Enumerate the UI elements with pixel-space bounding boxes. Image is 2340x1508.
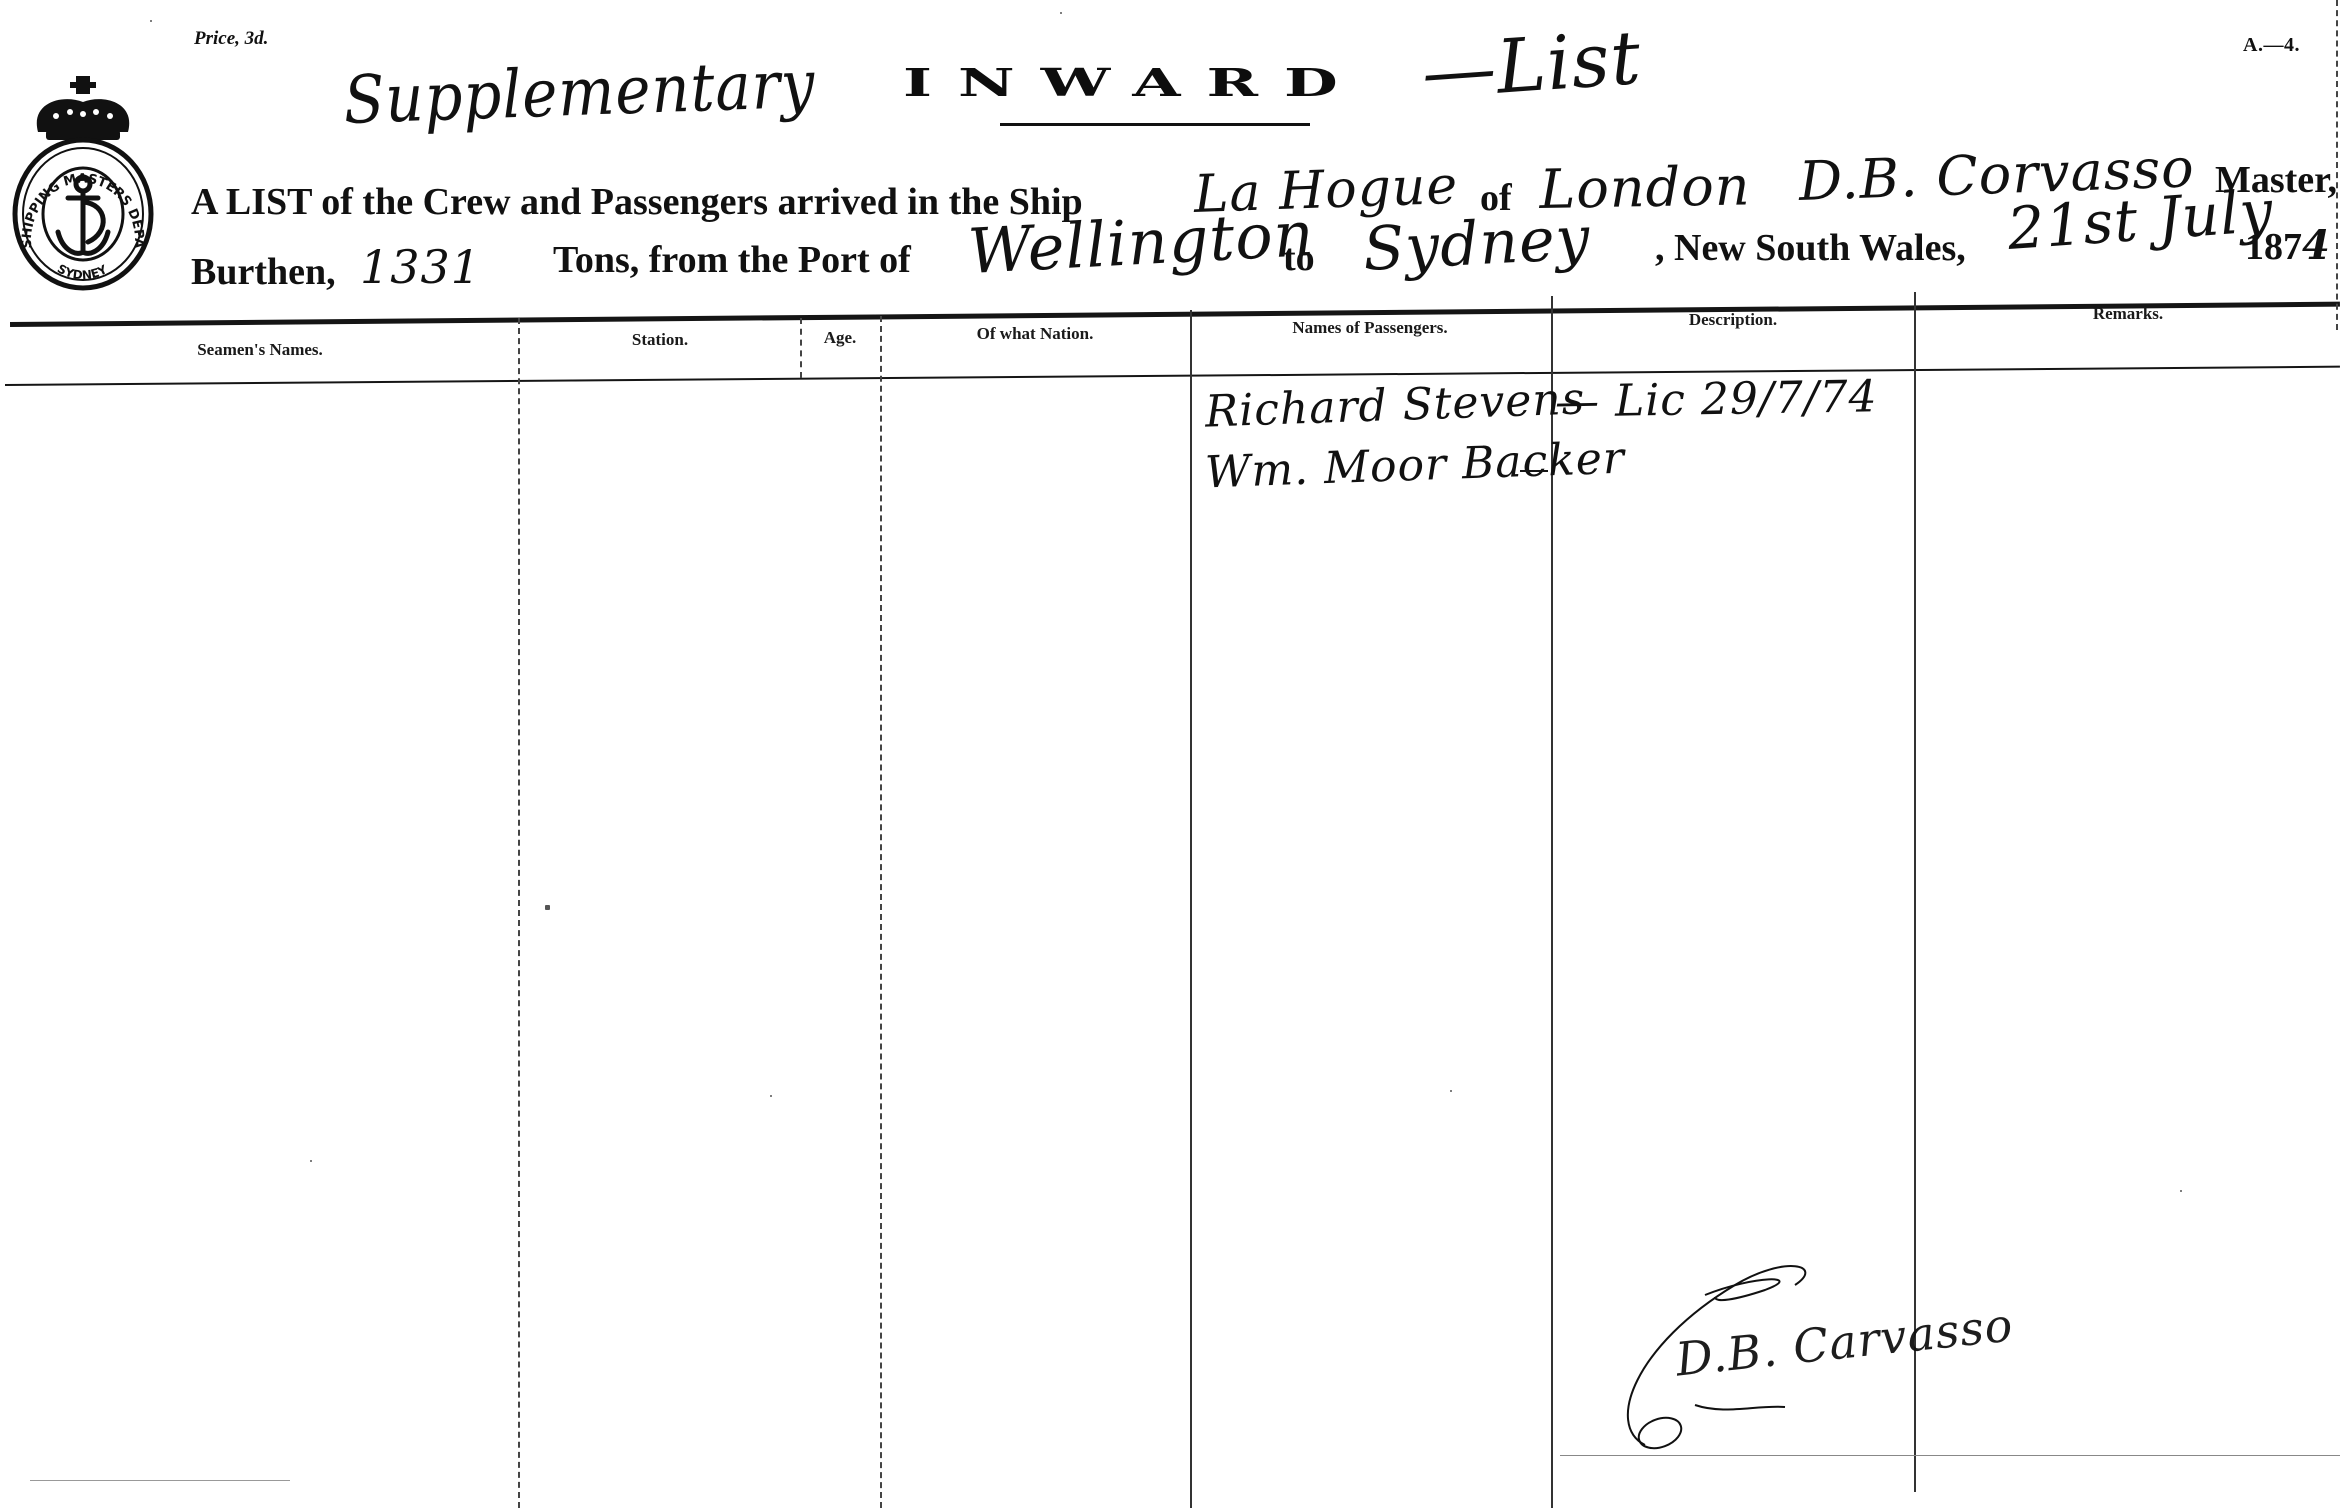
passenger-name-cell[interactable]: Richard Stevens: [1204, 373, 1586, 437]
column-divider-4: [1190, 310, 1192, 1508]
handwritten-supplementary: Supplementary: [342, 46, 816, 139]
scan-fragment-line: [30, 1480, 290, 1481]
scan-fragment-line: [1560, 1455, 2340, 1456]
year-handwritten[interactable]: 4: [2302, 222, 2331, 269]
column-header-nation: Of what Nation.: [880, 324, 1190, 344]
line2-printed-to: to: [1283, 236, 1315, 280]
column-divider-1: [518, 318, 520, 1508]
column-header-description: Description.: [1552, 310, 1914, 330]
tonnage-field[interactable]: 1331: [360, 240, 481, 294]
table-row: Wm. Moor Backer: [1195, 440, 2340, 510]
price-label: Price, 3d.: [194, 28, 268, 50]
column-header-remarks: Remarks.: [1916, 304, 2340, 324]
svg-text:SYDNEY: SYDNEY: [55, 261, 110, 282]
scan-speck: [1060, 12, 1062, 14]
scan-speck: [1450, 1090, 1452, 1092]
scan-speck: [310, 1160, 312, 1162]
title-underline: [1000, 123, 1310, 126]
svg-text:SHIPPING MASTERS DEPARTMENT: SHIPPING MASTERS DEPARTMENT: [8, 72, 146, 249]
entry-dash: [1520, 470, 1548, 472]
page-edge-rule: [2336, 0, 2338, 330]
column-header-seamens-names: Seamen's Names.: [10, 340, 510, 360]
column-header-station: Station.: [520, 330, 800, 350]
column-header-passengers: Names of Passengers.: [1190, 318, 1550, 338]
form-title-inward: INWARD: [903, 60, 1364, 105]
line2-printed-burthen: Burthen,: [191, 250, 336, 294]
scan-speck: [770, 1095, 772, 1097]
column-header-age: Age.: [800, 328, 880, 348]
to-port-field[interactable]: Sydney: [1361, 203, 1592, 285]
year-printed: 187: [2245, 226, 2302, 268]
column-divider-3: [880, 316, 882, 1508]
scan-speck: [150, 20, 152, 22]
line1-printed-intro: A LIST of the Crew and Passengers arrive…: [191, 180, 1083, 224]
scan-speck: [2180, 1190, 2182, 1192]
master-signature: D.B. Carvasso: [1615, 1255, 1915, 1455]
scan-speck: [545, 905, 550, 910]
form-number: A.—4.: [2243, 34, 2300, 57]
anchor-crown-badge-icon: SHIPPING MASTERS DEPARTMENT SYDNEY: [8, 72, 158, 294]
description-cell[interactable]: — Lic 29/7/74: [1555, 371, 1878, 428]
column-divider-2: [800, 318, 802, 378]
handwritten-list: —List: [1419, 15, 1644, 116]
passenger-name-cell[interactable]: Wm. Moor Backer: [1204, 433, 1625, 499]
shipping-masters-department-badge: SHIPPING MASTERS DEPARTMENT SYDNEY: [8, 72, 158, 294]
line2-printed-nsw: , New South Wales,: [1655, 226, 1966, 270]
line2-printed-year: 1874: [2245, 222, 2331, 269]
line2-printed-tons-from: Tons, from the Port of: [553, 238, 911, 282]
